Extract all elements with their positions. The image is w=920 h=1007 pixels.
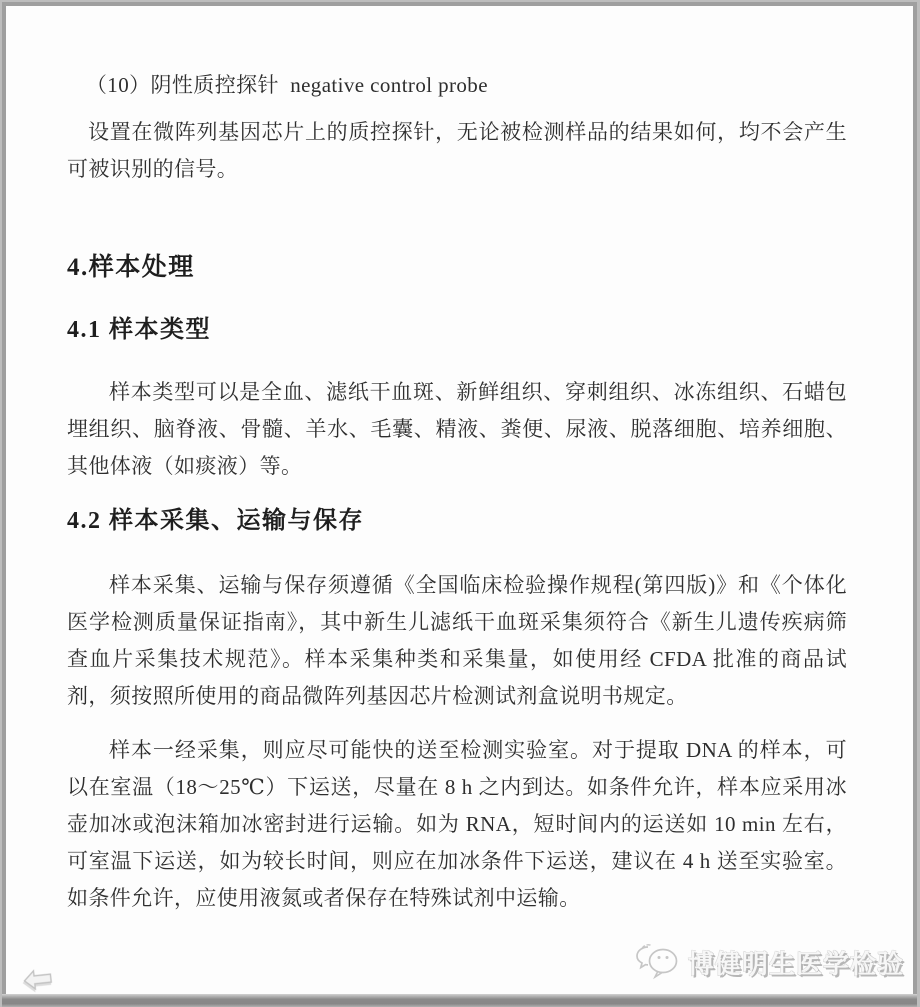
section-heading-4-2-collection-transport-storage: 4.2 样本采集、运输与保存	[67, 502, 847, 540]
watermark-text: 博健明生医学检验	[688, 944, 904, 981]
scanned-document-view: （10）阴性质控探针 negative control probe 设置在微阵列…	[0, 0, 920, 1007]
paragraph-negative-control-description: 设置在微阵列基因芯片上的质控探针，无论被检测样品的结果如何，均不会产生可被识别的…	[67, 114, 847, 188]
paragraph-sample-types: 样本类型可以是全血、滤纸干血斑、新鲜组织、穿刺组织、冰冻组织、石蜡包埋组织、脑脊…	[67, 374, 847, 485]
watermark: 博健明生医学检验	[633, 942, 904, 982]
document-page: （10）阴性质控探针 negative control probe 设置在微阵列…	[2, 2, 917, 994]
chat-bubbles-logo-icon	[633, 942, 681, 982]
back-arrow-icon	[21, 966, 55, 994]
section-heading-4-1-sample-types: 4.1 样本类型	[67, 311, 847, 349]
paragraph-transport-conditions: 样本一经采集，则应尽可能快的送至检测实验室。对于提取 DNA 的样本，可以在室温…	[67, 732, 847, 917]
item-heading-negative-control-probe: （10）阴性质控探针 negative control probe	[67, 67, 847, 104]
section-heading-4-sample-processing: 4.样本处理	[67, 248, 847, 288]
page-bottom-edge	[2, 994, 917, 1007]
paragraph-collection-standards: 样本采集、运输与保存须遵循《全国临床检验操作规程(第四版)》和《个体化医学检测质…	[67, 567, 847, 715]
